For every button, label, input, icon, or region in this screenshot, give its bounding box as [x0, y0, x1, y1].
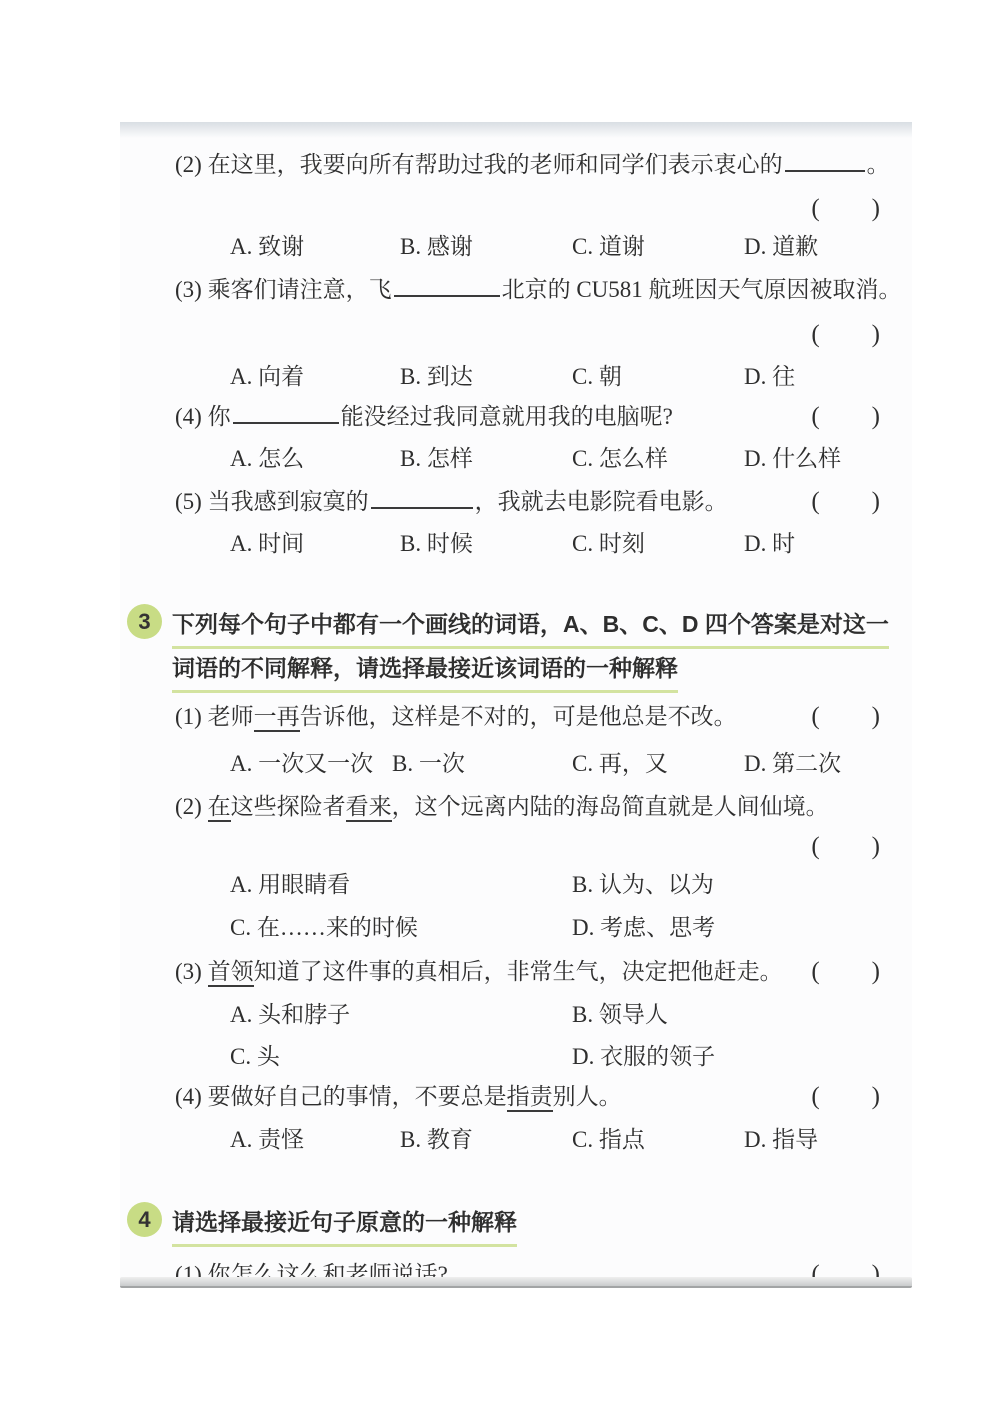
bracket-close: ) [872, 321, 880, 348]
option-c: C. 道谢 [572, 230, 645, 264]
question-text: (1) 老师一再告诉他，这样是不对的，可是他总是不改。 [175, 704, 737, 732]
bracket-close: ) [872, 703, 880, 730]
option-b: B. 认为、以为 [572, 868, 714, 902]
option-c: C. 再，又 [572, 747, 668, 781]
bracket-open: ( [811, 321, 819, 348]
answer-brackets: () [811, 830, 880, 864]
answer-bracket-row: () [120, 192, 912, 232]
question-text: (3) 首领知道了这件事的真相后，非常生气，决定把他赶走。 [175, 959, 783, 987]
section-3-heading: 3 下列每个句子中都有一个画线的词语，A、B、C、D 四个答案是对这一 [120, 607, 912, 647]
bracket-open: ( [811, 833, 819, 860]
option-d: D. 指导 [744, 1123, 818, 1157]
options-row: A. 头和脖子 B. 领导人 [120, 998, 912, 1038]
option-c: C. 怎么样 [572, 442, 668, 476]
option-d: D. 第二次 [744, 747, 841, 781]
option-a: A. 怎么 [230, 442, 304, 476]
option-a: A. 致谢 [230, 230, 304, 264]
section-heading-text: 词语的不同解释，请选择最接近该词语的一种解释 [172, 651, 678, 693]
answer-brackets: () [811, 318, 880, 352]
option-b: B. 时候 [400, 527, 473, 561]
page-bottom-edge [120, 1277, 912, 1288]
question-text: (5) 当我感到寂寞的，我就去电影院看电影。 [175, 489, 728, 514]
options-row: A. 怎么 B. 怎样 C. 怎么样 D. 什么样 [120, 442, 912, 482]
option-b: B. 一次 [392, 747, 465, 781]
options-row: A. 致谢 B. 感谢 C. 道谢 D. 道歉 [120, 230, 912, 270]
question-text: (2) 在这里，我要向所有帮助过我的老师和同学们表示衷心的。 [175, 152, 890, 177]
question-line: (3) 乘客们请注意，飞北京的 CU581 航班因天气原因被取消。 [120, 273, 912, 313]
question-line: (5) 当我感到寂寞的，我就去电影院看电影。 () [120, 485, 912, 525]
section-4-heading: 4 请选择最接近句子原意的一种解释 [120, 1205, 912, 1245]
option-d: D. 衣服的领子 [572, 1040, 715, 1074]
question-line: (2) 在这些探险者看来，这个远离内陆的海岛简直就是人间仙境。 [120, 790, 912, 830]
question-text: (4) 要做好自己的事情，不要总是指责别人。 [175, 1084, 622, 1112]
options-row: C. 在……来的时候 D. 考虑、思考 [120, 911, 912, 951]
option-a: A. 责怪 [230, 1123, 304, 1157]
bracket-close: ) [872, 195, 880, 222]
option-c: C. 朝 [572, 360, 622, 394]
bracket-close: ) [872, 403, 880, 430]
question-line: (3) 首领知道了这件事的真相后，非常生气，决定把他赶走。 () [120, 955, 912, 995]
option-a: A. 向着 [230, 360, 304, 394]
question-line: (4) 你能没经过我同意就用我的电脑呢? () [120, 400, 912, 440]
bracket-close: ) [872, 1083, 880, 1110]
option-c: C. 指点 [572, 1123, 645, 1157]
answer-bracket-row: () [120, 318, 912, 358]
bracket-open: ( [811, 488, 819, 515]
question-line: (1) 老师一再告诉他，这样是不对的，可是他总是不改。 () [120, 700, 912, 740]
options-row: A. 时间 B. 时候 C. 时刻 D. 时 [120, 527, 912, 567]
answer-brackets: () [811, 955, 880, 989]
answer-brackets: () [811, 192, 880, 226]
option-c: C. 时刻 [572, 527, 645, 561]
bracket-open: ( [811, 703, 819, 730]
option-b: B. 感谢 [400, 230, 473, 264]
answer-brackets: () [811, 700, 880, 734]
option-c: C. 在……来的时候 [230, 911, 418, 945]
option-a: A. 用眼睛看 [230, 868, 350, 902]
option-b: B. 领导人 [572, 998, 668, 1032]
section-3-heading-line2: 词语的不同解释，请选择最接近该词语的一种解释 [120, 651, 912, 691]
option-d: D. 往 [744, 360, 795, 394]
option-a: A. 头和脖子 [230, 998, 350, 1032]
option-d: D. 什么样 [744, 442, 841, 476]
option-d: D. 道歉 [744, 230, 818, 264]
option-a: A. 一次又一次 [230, 747, 373, 781]
section-number-badge: 3 [127, 604, 162, 639]
bracket-open: ( [811, 403, 819, 430]
section-heading-text: 下列每个句子中都有一个画线的词语，A、B、C、D 四个答案是对这一 [172, 607, 889, 649]
section-number-badge: 4 [127, 1202, 162, 1237]
answer-bracket-row: () [120, 830, 912, 870]
option-a: A. 时间 [230, 527, 304, 561]
options-row: A. 用眼睛看 B. 认为、以为 [120, 868, 912, 908]
question-line: (4) 要做好自己的事情，不要总是指责别人。 () [120, 1080, 912, 1120]
option-d: D. 考虑、思考 [572, 911, 715, 945]
options-row: C. 头 D. 衣服的领子 [120, 1040, 912, 1080]
bracket-open: ( [811, 195, 819, 222]
option-b: B. 怎样 [400, 442, 473, 476]
bracket-close: ) [872, 488, 880, 515]
option-b: B. 教育 [400, 1123, 473, 1157]
answer-brackets: () [811, 485, 880, 519]
option-b: B. 到达 [400, 360, 473, 394]
answer-brackets: () [811, 1080, 880, 1114]
option-d: D. 时 [744, 527, 795, 561]
bracket-close: ) [872, 958, 880, 985]
option-c: C. 头 [230, 1040, 280, 1074]
bracket-open: ( [811, 958, 819, 985]
question-text: (4) 你能没经过我同意就用我的电脑呢? [175, 404, 673, 429]
scanned-worksheet-page: (2) 在这里，我要向所有帮助过我的老师和同学们表示衷心的。 () A. 致谢 … [120, 122, 912, 1288]
options-row: A. 向着 B. 到达 C. 朝 D. 往 [120, 360, 912, 400]
question-text: (3) 乘客们请注意，飞北京的 CU581 航班因天气原因被取消。 [175, 277, 902, 302]
bracket-close: ) [872, 833, 880, 860]
bracket-open: ( [811, 1083, 819, 1110]
answer-brackets: () [811, 400, 880, 434]
options-row: A. 一次又一次 B. 一次 C. 再，又 D. 第二次 [120, 747, 912, 787]
section-heading-text: 请选择最接近句子原意的一种解释 [172, 1205, 517, 1247]
options-row: A. 责怪 B. 教育 C. 指点 D. 指导 [120, 1123, 912, 1163]
question-line: (2) 在这里，我要向所有帮助过我的老师和同学们表示衷心的。 [120, 148, 912, 188]
question-text: (2) 在这些探险者看来，这个远离内陆的海岛简直就是人间仙境。 [175, 794, 829, 822]
